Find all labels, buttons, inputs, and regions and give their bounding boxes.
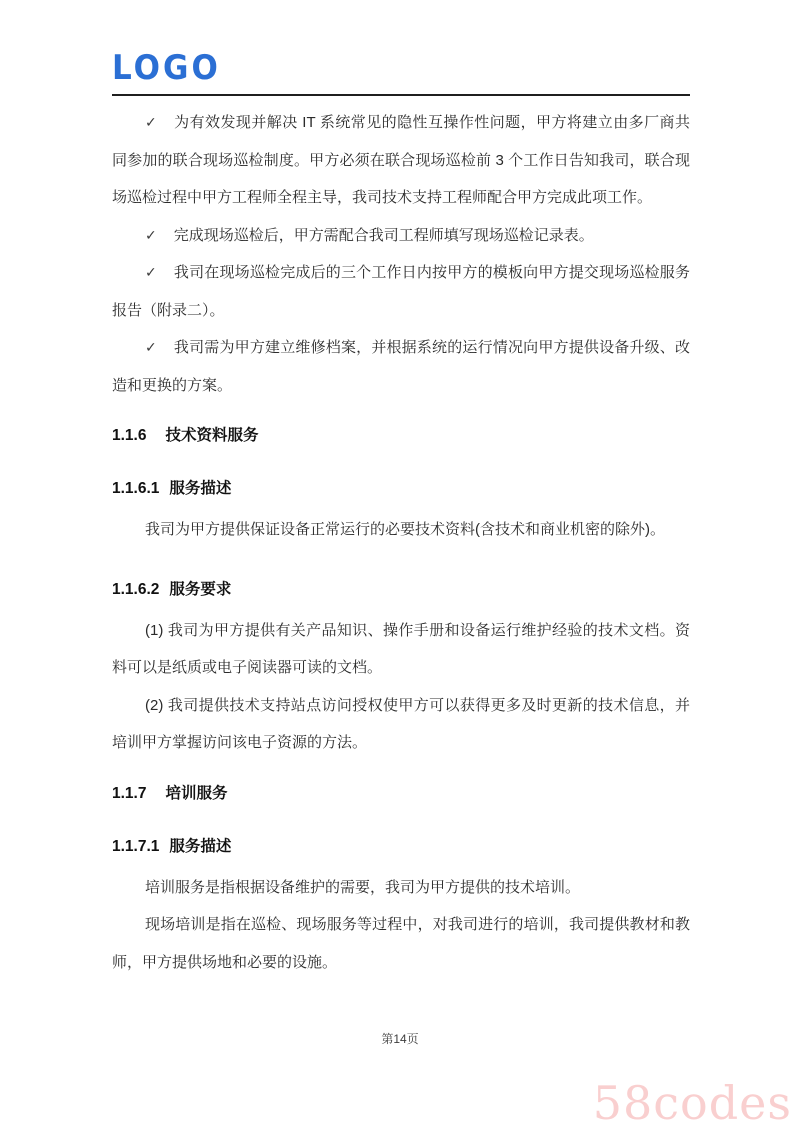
company-logo: LOGO (112, 52, 690, 85)
section-title: 培训服务 (165, 785, 227, 802)
section-number: 1.1.7.1 (112, 838, 159, 855)
body-paragraph: (1) 我司为甲方提供有关产品知识、操作手册和设备运行维护经验的技术文档。资料可… (112, 612, 690, 687)
header-divider (112, 94, 690, 96)
bullet-item: ✓为有效发现并解决 IT 系统常见的隐性互操作性问题，甲方将建立由多厂商共同参加… (112, 104, 690, 217)
body-paragraph: 培训服务是指根据设备维护的需要，我司为甲方提供的技术培训。 (112, 869, 690, 907)
checkmark-icon: ✓ (145, 114, 157, 130)
bullet-item: ✓我司在现场巡检完成后的三个工作日内按甲方的模板向甲方提交现场巡检服务报告（附录… (112, 254, 690, 329)
bullet-text: 我司需为甲方建立维修档案，并根据系统的运行情况向甲方提供设备升级、改造和更换的方… (112, 339, 690, 394)
section-heading-1-1-6-2: 1.1.6.2服务要求 (112, 578, 690, 602)
page-number: 第14页 (0, 1032, 800, 1046)
watermark-text: 58codes (593, 1080, 792, 1126)
section-title: 技术资料服务 (165, 427, 258, 444)
section-heading-1-1-6: 1.1.6技术资料服务 (112, 424, 690, 448)
bullet-item: ✓我司需为甲方建立维修档案，并根据系统的运行情况向甲方提供设备升级、改造和更换的… (112, 329, 690, 404)
section-number: 1.1.6.2 (112, 581, 159, 598)
section-heading-1-1-7: 1.1.7培训服务 (112, 782, 690, 806)
body-paragraph: 现场培训是指在巡检、现场服务等过程中，对我司进行的培训，我司提供教材和教师，甲方… (112, 906, 690, 981)
checkmark-icon: ✓ (145, 227, 157, 243)
bullet-text: 我司在现场巡检完成后的三个工作日内按甲方的模板向甲方提交现场巡检服务报告（附录二… (112, 264, 690, 319)
section-number: 1.1.7 (112, 785, 146, 802)
section-title: 服务描述 (169, 838, 231, 855)
section-title: 服务描述 (169, 480, 231, 497)
section-number: 1.1.6.1 (112, 480, 159, 497)
document-body: ✓为有效发现并解决 IT 系统常见的隐性互操作性问题，甲方将建立由多厂商共同参加… (112, 104, 690, 981)
checkmark-icon: ✓ (145, 339, 157, 355)
body-paragraph: 我司为甲方提供保证设备正常运行的必要技术资料(含技术和商业机密的除外)。 (112, 511, 690, 549)
bullet-item: ✓完成现场巡检后，甲方需配合我司工程师填写现场巡检记录表。 (112, 217, 690, 255)
bullet-text: 完成现场巡检后，甲方需配合我司工程师填写现场巡检记录表。 (174, 227, 594, 244)
section-heading-1-1-6-1: 1.1.6.1服务描述 (112, 477, 690, 501)
section-title: 服务要求 (169, 581, 231, 598)
body-paragraph: (2) 我司提供技术支持站点访问授权使甲方可以获得更多及时更新的技术信息，并培训… (112, 687, 690, 762)
section-heading-1-1-7-1: 1.1.7.1服务描述 (112, 835, 690, 859)
document-header: LOGO (112, 52, 690, 96)
document-page: LOGO ✓为有效发现并解决 IT 系统常见的隐性互操作性问题，甲方将建立由多厂… (0, 0, 800, 1132)
section-number: 1.1.6 (112, 427, 146, 444)
checkmark-icon: ✓ (145, 264, 157, 280)
bullet-text: 为有效发现并解决 IT 系统常见的隐性互操作性问题，甲方将建立由多厂商共同参加的… (112, 114, 690, 206)
